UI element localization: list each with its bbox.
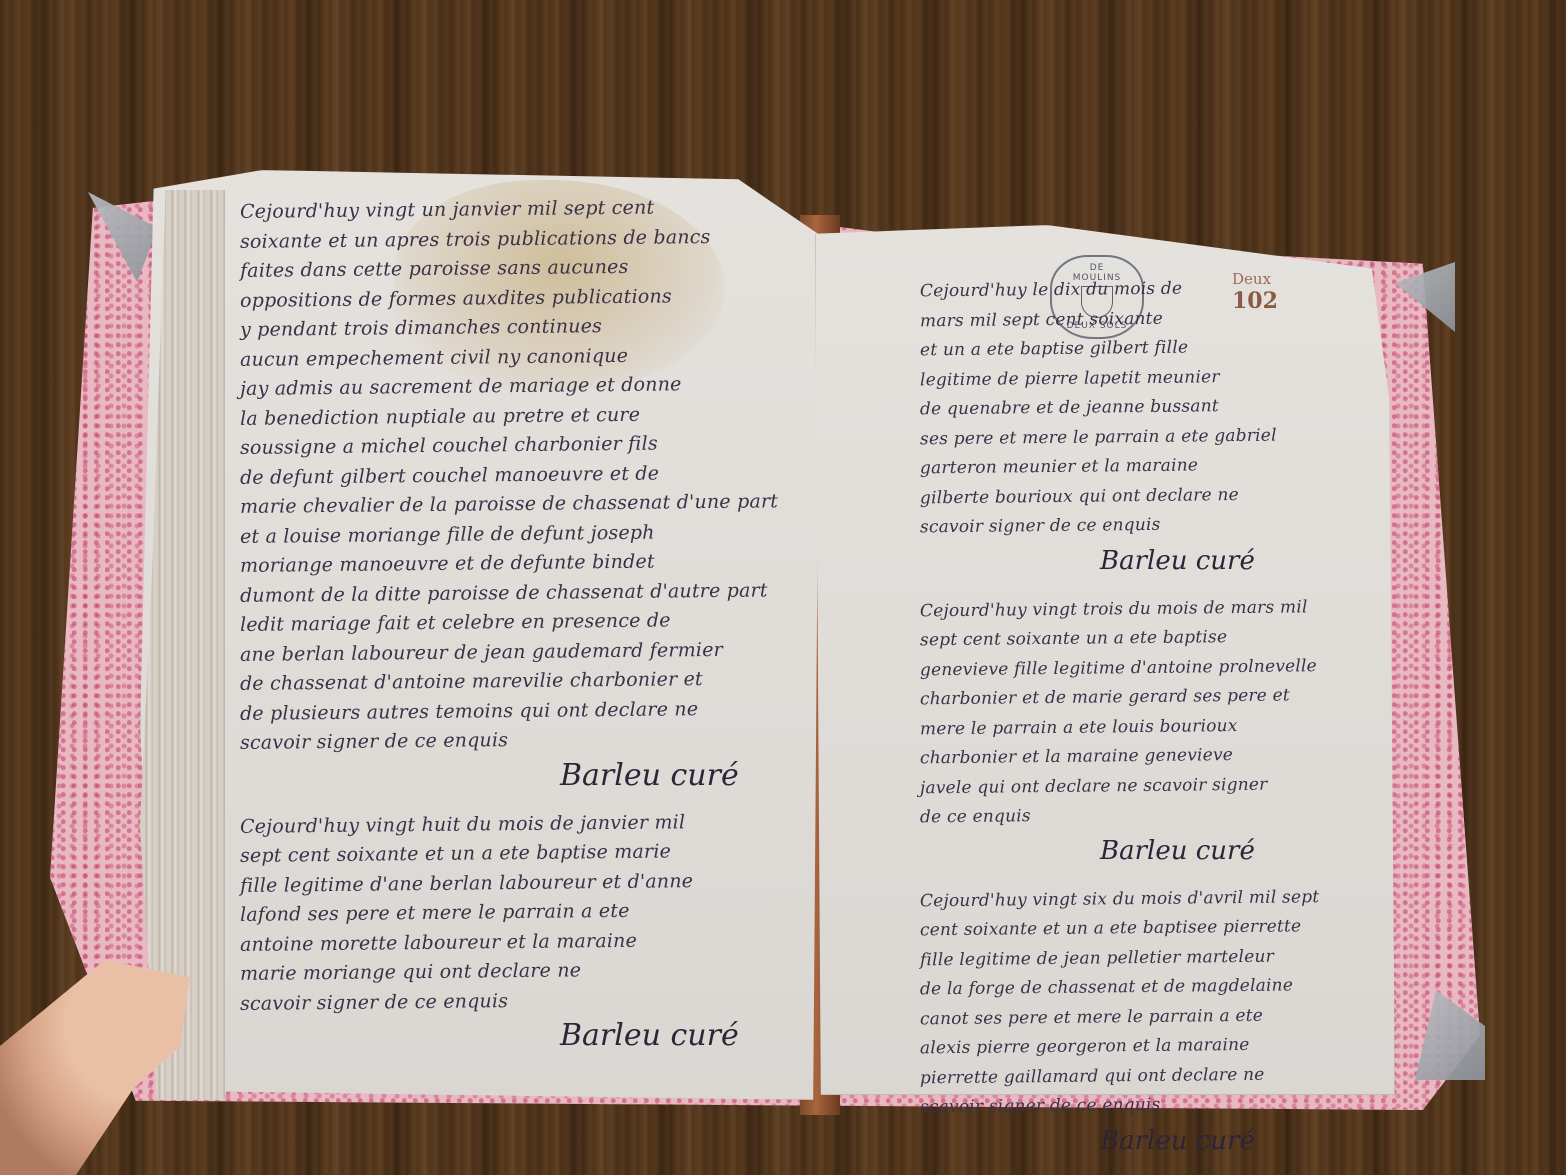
priest-signature: Barleu curé [560,1016,800,1056]
baptism-entry: Cejourd'huy vingt huit du mois de janvie… [240,810,800,1057]
marriage-entry: Cejourd'huy vingt un janvier mil sept ce… [240,195,800,796]
entry-line: fille legitime de jean pelletier martele… [920,941,1370,975]
priest-signature: Barleu curé [1100,831,1370,871]
left-page-text: Cejourd'huy vingt un janvier mil sept ce… [240,195,800,1070]
entry-line: Cejourd'huy vingt six du mois d'avril mi… [920,882,1370,916]
priest-signature: Barleu curé [560,756,800,796]
entry-line: gilberte bourioux qui ont declare ne [920,479,1370,513]
entry-line: genevieve fille legitime d'antoine proln… [920,651,1370,685]
entry-line: alexis pierre georgeron et la maraine [920,1030,1370,1064]
entry-line: mere le parrain a ete louis bourioux [920,710,1370,744]
stamp-top: DE [1090,263,1105,273]
right-page-text: Cejourd'huy le dix du mois de mars mil s… [920,275,1370,1175]
priest-signature: Barleu curé [1100,541,1370,581]
entry-line: garteron meunier et la maraine [920,450,1370,484]
entry-line: scavoir signer de ce enquis [920,509,1370,543]
entry-line: Cejourd'huy le dix du mois de [920,273,1370,307]
baptism-entry: Cejourd'huy vingt six du mois d'avril mi… [920,885,1370,1161]
baptism-entry: Cejourd'huy vingt trois du mois de mars … [920,595,1370,871]
entry-line: sept cent soixante un a ete baptise [920,622,1370,656]
entry-line: scavoir signer de ce enquis [240,984,800,1019]
entry-line: de quenabre et de jeanne bussant [920,391,1370,425]
entry-line: ses pere et mere le parrain a ete gabrie… [920,420,1370,454]
entry-line: scavoir signer de ce enquis [240,723,800,758]
entry-line: charbonier et la maraine genevieve [920,740,1370,774]
entry-line: charbonier et de marie gerard ses pere e… [920,681,1370,715]
entry-line: et un a ete baptise gilbert fille [920,332,1370,366]
entry-line: Cejourd'huy vingt trois du mois de mars … [920,592,1370,626]
entry-line: scavoir signer de ce enquis [920,1089,1370,1123]
priest-signature: Barleu curé [1100,1121,1370,1161]
entry-line: legitime de pierre lapetit meunier [920,361,1370,395]
entry-line: mars mil sept cent soixante [920,302,1370,336]
baptism-entry: Cejourd'huy le dix du mois de mars mil s… [920,275,1370,581]
entry-line: javele qui ont declare ne scavoir signer [920,769,1370,803]
entry-line: pierrette gaillamard qui ont declare ne [920,1059,1370,1093]
entry-line: de ce enquis [920,799,1370,833]
entry-line: de la forge de chassenat et de magdelain… [920,971,1370,1005]
entry-line: canot ses pere et mere le parrain a ete [920,1000,1370,1034]
entry-line: cent soixante et un a ete baptisee pierr… [920,912,1370,946]
